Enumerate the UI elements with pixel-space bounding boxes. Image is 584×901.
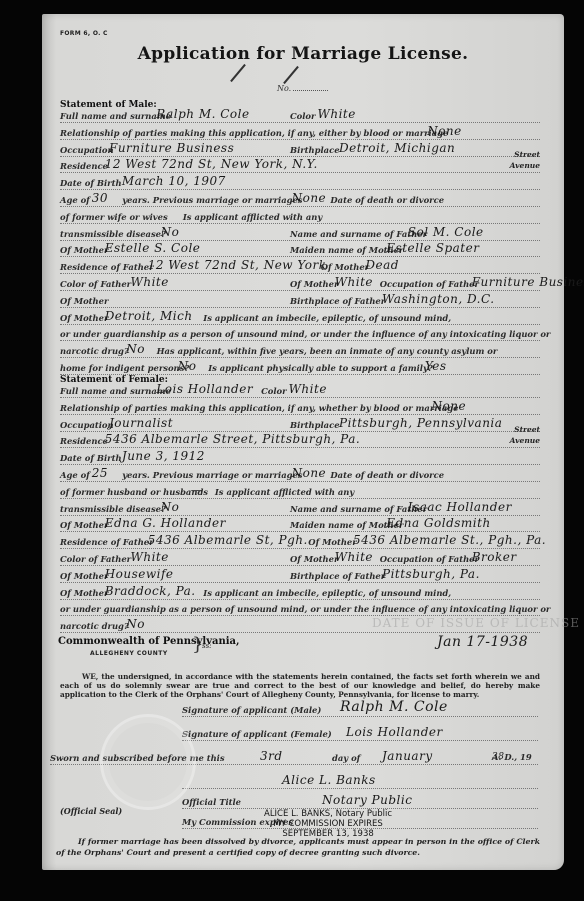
field-label: years. Previous marriage or marriages xyxy=(122,195,302,205)
field-label: or under guardianship as a person of uns… xyxy=(60,604,550,614)
field-value: 5436 Albemarle St., Pgh., Pa. xyxy=(353,533,546,547)
field-label: home for indigent persons? xyxy=(60,363,189,373)
form-row: Residence of Father12 West 72nd St, New … xyxy=(60,259,540,274)
field-label: Of Mother xyxy=(290,279,338,289)
field-label: Birthplace xyxy=(290,145,340,155)
field-label: of former husband or husbands xyxy=(60,487,208,497)
field-value: — xyxy=(191,483,204,497)
field-value: Pittsburgh, Pennsylvania xyxy=(339,416,502,430)
document-title: Application for Marriage License. xyxy=(42,44,564,64)
field-value: Lois Hollander xyxy=(156,382,253,396)
form-row: Color of FatherWhiteOf MotherWhiteOccupa… xyxy=(60,276,540,291)
female-signature: Lois Hollander xyxy=(346,725,443,739)
form-row: Full name and surnameRalph M. ColeColorW… xyxy=(60,108,540,123)
field-label: Date of Birth xyxy=(60,453,122,463)
field-label: years. Previous marriage or marriages xyxy=(122,470,302,480)
field-value: Detroit, Michigan xyxy=(339,141,455,155)
field-label: Color of Father xyxy=(60,554,131,564)
field-label: Color of Father xyxy=(60,279,131,289)
male-signature-label: Signature of applicant (Male) xyxy=(182,705,321,715)
field-label: Age of xyxy=(60,195,90,205)
field-value: Pittsburgh, Pa. xyxy=(382,567,480,581)
field-label: Birthplace of Father xyxy=(290,571,385,581)
form-row: Full name and surnameLois HollanderColor… xyxy=(60,383,540,398)
field-value: White xyxy=(289,382,327,396)
form-row: Residence5436 Albemarle Street, Pittsbur… xyxy=(60,433,540,448)
field-value: White xyxy=(131,275,169,289)
avenue-label: Avenue xyxy=(510,161,540,170)
form-row: of former husband or husbands—Is applica… xyxy=(60,484,540,499)
field-label: Is applicant afflicted with any xyxy=(183,212,322,222)
field-label: Date of death or divorce xyxy=(330,195,444,205)
form-row: Of MotherEstelle S. ColeMaiden name of M… xyxy=(60,242,540,257)
sworn-month: January xyxy=(382,749,433,763)
field-value: 5436 Albemarle St, Pgh. xyxy=(148,533,308,547)
field-value: None xyxy=(427,124,462,138)
field-value: None xyxy=(292,191,327,205)
female-signature-row: Signature of applicant (Female) Lois Hol… xyxy=(182,726,538,741)
street-label: Street xyxy=(514,425,540,434)
form-row: Residence of Father5436 Albemarle St, Pg… xyxy=(60,534,540,549)
form-row: transmissible disease?NoName and surname… xyxy=(60,501,540,516)
field-value: Edna Goldsmith xyxy=(386,516,490,530)
field-label: Of Mother xyxy=(308,537,356,547)
field-value: Furniture Business xyxy=(472,275,584,289)
field-label: Has applicant, within five years, been a… xyxy=(157,346,498,356)
form-row: Relationship of parties making this appl… xyxy=(60,125,540,140)
field-label: or under guardianship as a person of uns… xyxy=(60,329,550,339)
field-value: Dead xyxy=(365,258,399,272)
license-issue-date: Jan 17-1938 xyxy=(437,634,528,650)
stamp-line-commission: MY COMMISSION EXPIRES xyxy=(264,819,392,829)
sworn-year: 38 xyxy=(492,752,504,762)
field-label: Of Mother xyxy=(60,520,108,530)
field-label: Is applicant an imbecile, epileptic, of … xyxy=(203,588,451,598)
field-label: Is applicant physically able to support … xyxy=(208,363,433,373)
field-label: Occupation of Father xyxy=(380,279,479,289)
field-label: Date of Birth xyxy=(60,178,122,188)
field-value: No xyxy=(178,359,197,373)
form-row: Of MotherEdna G. HollanderMaiden name of… xyxy=(60,517,540,532)
form-row: Relationship of parties making this appl… xyxy=(60,400,540,415)
form-code: FORM 6, O. C xyxy=(60,30,108,37)
field-label: Residence of Father xyxy=(60,537,154,547)
field-value: Ralph M. Cole xyxy=(156,107,249,121)
field-label: Residence of Father xyxy=(60,262,154,272)
official-title-label: Official Title xyxy=(182,797,241,807)
field-label: Birthplace xyxy=(290,420,340,430)
field-value: 5436 Albemarle Street, Pittsburgh, Pa. xyxy=(105,432,361,446)
field-label: Relationship of parties making this appl… xyxy=(60,403,458,413)
field-label: Of Mother xyxy=(60,571,108,581)
form-row: Of MotherHousewifeBirthplace of FatherPi… xyxy=(60,568,540,583)
field-label: narcotic drug? xyxy=(60,621,129,631)
field-value: Yes xyxy=(425,359,447,373)
sworn-day: 3rd xyxy=(260,749,283,763)
field-value: Estelle S. Cole xyxy=(105,241,201,255)
notary-signature-row: Alice L. Banks xyxy=(182,774,538,789)
pen-mark xyxy=(230,64,246,82)
field-value: 25 xyxy=(92,466,108,480)
form-row: Of MotherDetroit, MichIs applicant an im… xyxy=(60,310,540,325)
number-label: No. xyxy=(277,84,291,93)
field-label: Occupation xyxy=(60,145,114,155)
field-value: 30 xyxy=(92,191,108,205)
form-row: Residence12 West 72nd St, New York, N.Y.… xyxy=(60,158,540,173)
field-value: None xyxy=(432,399,467,413)
official-seal-label: (Official Seal) xyxy=(60,806,122,816)
field-value: Washington, D.C. xyxy=(382,292,495,306)
form-row: OccupationFurniture BusinessBirthplaceDe… xyxy=(60,142,540,157)
field-label: Occupation of Father xyxy=(380,554,479,564)
field-label: transmissible disease? xyxy=(60,229,166,239)
male-signature-row: Signature of applicant (Male) Ralph M. C… xyxy=(182,702,538,717)
form-row: transmissible disease?NoName and surname… xyxy=(60,226,540,241)
form-row: narcotic drug?NoHas applicant, within fi… xyxy=(60,343,540,358)
field-label: Color xyxy=(261,386,286,396)
pen-mark xyxy=(283,66,299,84)
ss-label: ss: xyxy=(202,642,212,650)
field-value: June 3, 1912 xyxy=(122,449,205,463)
form-row: or under guardianship as a person of uns… xyxy=(60,326,540,341)
field-value: Broker xyxy=(472,550,517,564)
field-label: Of Mother xyxy=(321,262,369,272)
official-title-value: Notary Public xyxy=(322,793,412,807)
field-value: No xyxy=(126,617,145,631)
field-value: No xyxy=(161,500,180,514)
field-value: White xyxy=(131,550,169,564)
field-value: 12 West 72nd St, New York xyxy=(148,258,327,272)
field-label: Name and surname of Father xyxy=(290,229,427,239)
field-value: Isaac Hollander xyxy=(408,500,512,514)
field-label: Of Mother xyxy=(60,245,108,255)
field-label: Of Mother xyxy=(60,296,108,306)
divorce-notice: If former marriage has been dissolved by… xyxy=(56,836,540,858)
avenue-label: Avenue xyxy=(510,436,540,445)
field-label: Name and surname of Father xyxy=(290,504,427,514)
notary-seal-embossing xyxy=(100,714,196,810)
form-row: Of MotherBirthplace of FatherWashington,… xyxy=(60,293,540,308)
field-value: Estelle Spater xyxy=(386,241,479,255)
field-value: White xyxy=(318,107,356,121)
form-row: OccupationJournalistBirthplacePittsburgh… xyxy=(60,417,540,432)
field-value: Housewife xyxy=(105,567,174,581)
field-label: Age of xyxy=(60,470,90,480)
form-row: Color of FatherWhiteOf MotherWhiteOccupa… xyxy=(60,551,540,566)
field-value: March 10, 1907 xyxy=(122,174,226,188)
field-label: Residence xyxy=(60,436,108,446)
field-value: White xyxy=(335,275,373,289)
field-label: Color xyxy=(290,111,315,121)
official-title-row: Official Title Notary Public xyxy=(182,794,538,809)
form-row: Date of BirthMarch 10, 1907 xyxy=(60,175,540,190)
field-value: White xyxy=(335,550,373,564)
form-row: Of MotherBraddock, Pa.Is applicant an im… xyxy=(60,585,540,600)
form-row: Date of BirthJune 3, 1912 xyxy=(60,450,540,465)
field-value: 12 West 72nd St, New York, N.Y. xyxy=(105,157,318,171)
field-label: Relationship of parties making this appl… xyxy=(60,128,448,138)
stamp-line-name: ALICE L. BANKS, Notary Public xyxy=(264,809,392,819)
field-label: Full name and surname xyxy=(60,111,171,121)
field-label: Of Mother xyxy=(290,554,338,564)
field-label: Birthplace of Father xyxy=(290,296,385,306)
marriage-license-application: FORM 6, O. C Application for Marriage Li… xyxy=(42,14,564,870)
field-label: Residence xyxy=(60,161,108,171)
field-value: Journalist xyxy=(109,416,173,430)
field-label: Of Mother xyxy=(60,313,108,323)
field-label: narcotic drug? xyxy=(60,346,129,356)
female-signature-label: Signature of applicant (Female) xyxy=(182,729,332,739)
field-label: of former wife or wives xyxy=(60,212,168,222)
license-issue-stamp: DATE OF ISSUE OF LICENSE xyxy=(372,616,580,630)
state-heading: Commonwealth of Pennsylvania, xyxy=(58,636,240,647)
field-label: Full name and surname xyxy=(60,386,171,396)
form-row: of former wife or wivesIs applicant affl… xyxy=(60,209,540,224)
form-row: Age of25years. Previous marriage or marr… xyxy=(60,467,540,482)
male-signature: Ralph M. Cole xyxy=(340,699,448,715)
field-value: Sol M. Cole xyxy=(408,225,484,239)
street-label: Street xyxy=(514,150,540,159)
field-value: No xyxy=(126,342,145,356)
form-row: Age of30years. Previous marriage or marr… xyxy=(60,192,540,207)
field-label: Is applicant an imbecile, epileptic, of … xyxy=(203,313,451,323)
field-value: Braddock, Pa. xyxy=(105,584,196,598)
form-row: or under guardianship as a person of uns… xyxy=(60,601,540,616)
field-label: Of Mother xyxy=(60,588,108,598)
field-value: Edna G. Hollander xyxy=(105,516,226,530)
field-value: Furniture Business xyxy=(109,141,234,155)
county-label: ALLEGHENY COUNTY xyxy=(90,650,168,657)
field-value: No xyxy=(161,225,180,239)
form-row: home for indigent persons?NoIs applicant… xyxy=(60,360,540,375)
field-value: None xyxy=(292,466,327,480)
field-label: Is applicant afflicted with any xyxy=(215,487,354,497)
field-value: Detroit, Mich xyxy=(105,309,193,323)
application-number: No. xyxy=(277,84,328,93)
day-of-label: day of xyxy=(332,753,360,763)
number-line xyxy=(293,90,328,91)
field-label: Date of death or divorce xyxy=(330,470,444,480)
oath-paragraph: WE, the undersigned, in accordance with … xyxy=(60,672,540,699)
field-label: Occupation xyxy=(60,420,114,430)
field-label: transmissible disease? xyxy=(60,504,166,514)
notary-stamp: ALICE L. BANKS, Notary Public MY COMMISS… xyxy=(264,809,392,839)
notary-signature: Alice L. Banks xyxy=(282,773,376,787)
